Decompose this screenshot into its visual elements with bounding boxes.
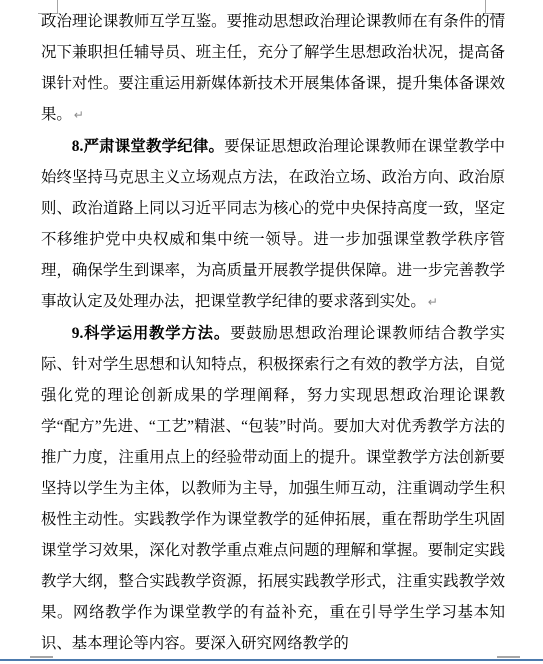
paragraph-heading-run: 8.严肃课堂教学纪律。 xyxy=(72,138,224,155)
paragraph-mark-icon: ↵ xyxy=(72,108,84,122)
bottom-boundary-mark-left xyxy=(30,656,53,658)
paragraph[interactable]: 政治理论课教师互学互鉴。要推动思想政治理论课教师在有条件的情况下兼职担任辅导员、… xyxy=(41,6,505,131)
document-text-area[interactable]: 政治理论课教师互学互鉴。要推动思想政治理论课教师在有条件的情况下兼职担任辅导员、… xyxy=(41,6,505,656)
paragraph-text-run: 要保证思想政治理论课教师在课堂教学中始终坚持马克思主义立场观点方法，在政治立场、… xyxy=(41,138,505,310)
paragraph-text-run: 政治理论课教师互学互鉴。要推动思想政治理论课教师在有条件的情况下兼职担任辅导员、… xyxy=(41,13,505,123)
paragraph[interactable]: 9.科学运用教学方法。要鼓励思想政治理论课教师结合教学实际、针对学生思想和认知特… xyxy=(41,318,505,656)
paragraph-mark-icon: ↵ xyxy=(426,295,438,309)
bottom-boundary-mark-right xyxy=(497,656,520,658)
document-page: 政治理论课教师互学互鉴。要推动思想政治理论课教师在有条件的情况下兼职担任辅导员、… xyxy=(0,0,543,664)
paragraph[interactable]: 8.严肃课堂教学纪律。要保证思想政治理论课教师在课堂教学中始终坚持马克思主义立场… xyxy=(41,131,505,318)
paragraph-heading-run: 9.科学运用教学方法。 xyxy=(72,325,230,342)
paragraph-text-run: 要鼓励思想政治理论课教师结合教学实际、针对学生思想和认知特点，积极探索行之有效的… xyxy=(41,325,505,652)
window-edge-bar xyxy=(0,659,543,661)
